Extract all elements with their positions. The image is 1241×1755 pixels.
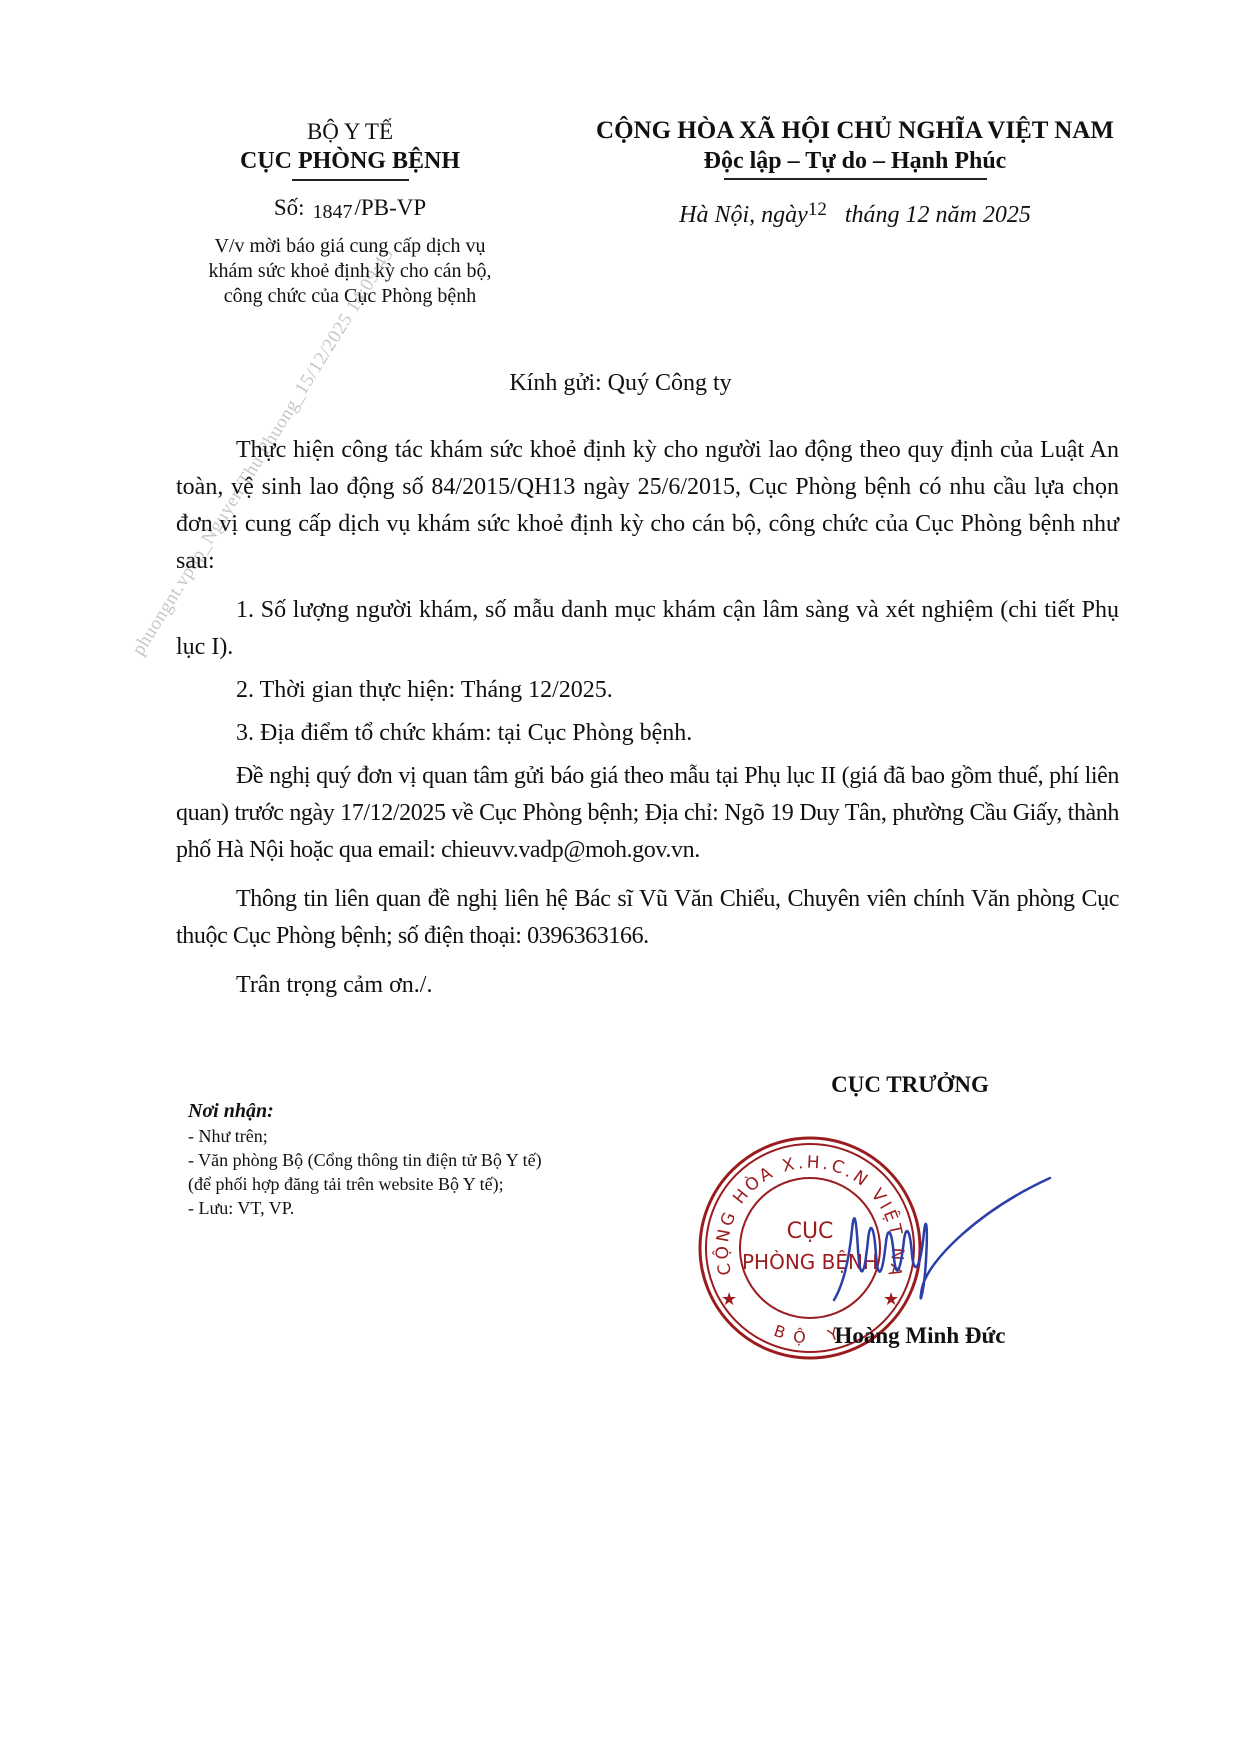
svg-text:★: ★ xyxy=(721,1289,737,1309)
department-underline xyxy=(292,179,409,181)
recipient-line: Kính gửi: Quý Công ty xyxy=(0,370,1241,397)
recipients-list-item: - Như trên; xyxy=(188,1124,658,1148)
recipients-list-item: - Văn phòng Bộ (Cổng thông tin điện tử B… xyxy=(188,1148,658,1172)
doc-no-suffix: /PB-VP xyxy=(355,195,427,220)
subject-line: V/v mời báo giá cung cấp dịch vụ khám sứ… xyxy=(150,234,550,309)
department-name: CỤC PHÒNG BỆNH xyxy=(150,146,550,176)
recipients-list-item: - Lưu: VT, VP. xyxy=(188,1196,658,1220)
subject-line-1: V/v mời báo giá cung cấp dịch vụ xyxy=(150,234,550,259)
document-number: Số:1847/PB-VP xyxy=(150,193,550,224)
intro-paragraph: Thực hiện công tác khám sức khoẻ định kỳ… xyxy=(176,432,1119,580)
list-item: 1. Số lượng người khám, số mẫu danh mục … xyxy=(176,592,1119,666)
doc-no-label: Số: xyxy=(274,195,305,220)
ministry-name: BỘ Y TẾ xyxy=(150,118,550,146)
nation-title: CỘNG HÒA XÃ HỘI CHỦ NGHĨA VIỆT NAM xyxy=(565,116,1145,146)
request-paragraph: Đề nghị quý đơn vị quan tâm gửi báo giá … xyxy=(176,758,1119,869)
national-motto: Độc lập – Tự do – Hạnh Phúc xyxy=(704,146,1007,176)
date-line: Hà Nội, ngày12tháng 12 năm 2025 xyxy=(565,195,1145,230)
closing-line: Trân trọng cảm ơn./. xyxy=(176,967,1119,1004)
doc-no-value: 1847 xyxy=(313,201,353,223)
subject-line-3: công chức của Cục Phòng bệnh xyxy=(150,284,550,309)
signer-title: CỤC TRƯỞNG xyxy=(780,1072,1040,1098)
stamp-center-line-1: CỤC xyxy=(787,1219,834,1244)
national-header-block: CỘNG HÒA XÃ HỘI CHỦ NGHĨA VIỆT NAM Độc l… xyxy=(565,116,1145,230)
date-day: 12 xyxy=(808,199,827,220)
signer-name: Hoàng Minh Đức xyxy=(790,1323,1050,1349)
list-item: 2. Thời gian thực hiện: Tháng 12/2025. xyxy=(176,672,1119,709)
letter-body: Thực hiện công tác khám sức khoẻ định kỳ… xyxy=(176,432,1119,1016)
motto-underline xyxy=(724,178,987,180)
handwritten-signature xyxy=(830,1170,1060,1320)
subject-line-2: khám sức khoẻ định kỳ cho cán bộ, xyxy=(150,259,550,284)
date-prefix: Hà Nội, ngày xyxy=(679,202,808,228)
recipients-list: Nơi nhận: - Như trên; - Văn phòng Bộ (Cổ… xyxy=(188,1098,658,1220)
contact-paragraph: Thông tin liên quan đề nghị liên hệ Bác … xyxy=(176,881,1119,955)
signature-scribble-icon xyxy=(830,1170,1060,1320)
list-item: 3. Địa điểm tổ chức khám: tại Cục Phòng … xyxy=(176,715,1119,752)
recipients-list-title: Nơi nhận: xyxy=(188,1098,658,1124)
issuing-agency-block: BỘ Y TẾ CỤC PHÒNG BỆNH Số:1847/PB-VP V/v… xyxy=(150,118,550,309)
date-rest: tháng 12 năm 2025 xyxy=(845,202,1031,228)
recipients-list-item: (để phối hợp đăng tải trên website Bộ Y … xyxy=(188,1172,658,1196)
